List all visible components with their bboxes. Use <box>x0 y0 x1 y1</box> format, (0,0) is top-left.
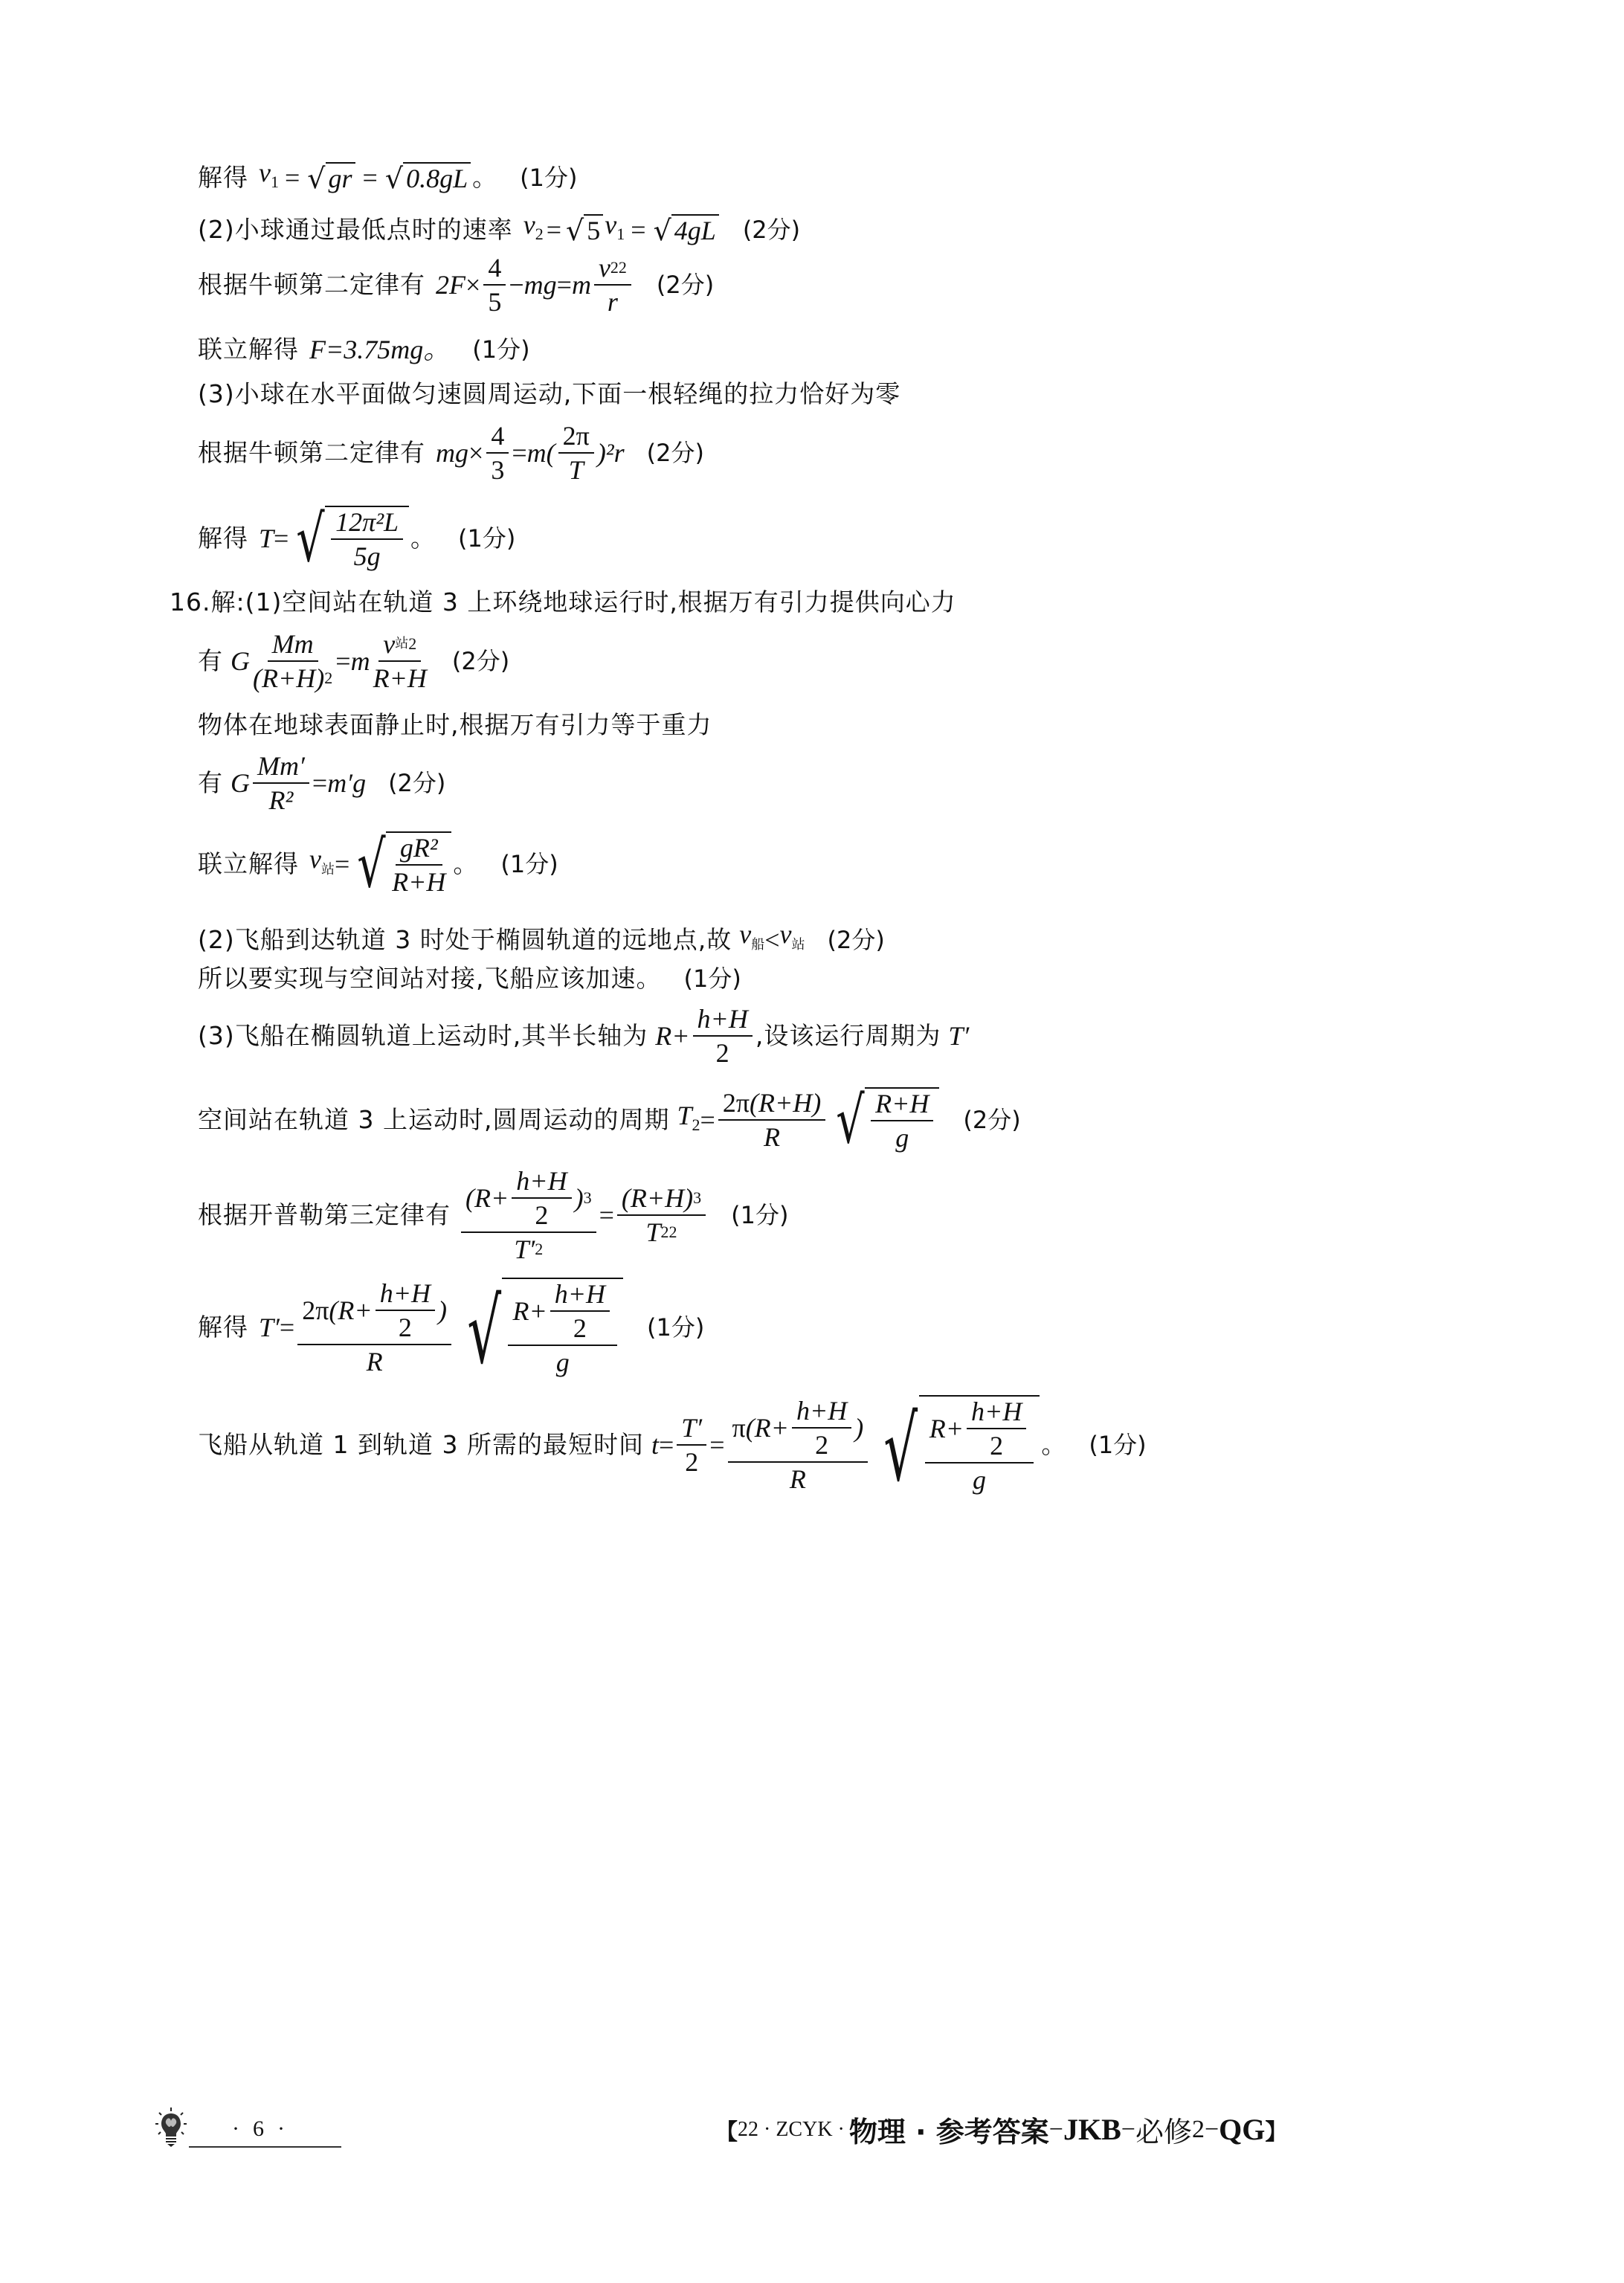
equals: = <box>280 1313 294 1342</box>
kepler-text: 根据开普勒第三定律有 <box>198 1200 451 1230</box>
fraction-2pi-T: 2πT <box>558 421 594 485</box>
math-m-open: m( <box>527 438 555 468</box>
score: (1分) <box>731 1200 788 1230</box>
solution-line-T: 解得 T = √12π²L5g 。 (1分) <box>198 506 515 571</box>
fraction-2pi-Rhalf-R: 2π(R+h+H2) R <box>297 1278 451 1376</box>
fraction-Tprime-2: T′2 <box>677 1413 706 1477</box>
you-text: 有 <box>198 646 223 676</box>
period-text: ,设该运行周期为 <box>755 1021 941 1051</box>
score: (2分) <box>388 768 445 798</box>
fraction-vzhan2-RH: v站2R+H <box>373 629 427 693</box>
math-mg: mg <box>524 270 557 300</box>
times: × <box>468 438 483 468</box>
sqrt-Rhalf-g: √R+h+H2g <box>456 1278 623 1377</box>
equals: = <box>285 163 300 193</box>
fraction-2piRH-R: 2π(R+H)R <box>718 1088 825 1152</box>
math-T: T <box>259 524 274 553</box>
score: (1分) <box>472 335 529 364</box>
accelerate-text: 所以要实现与空间站对接,飞船应该加速。 <box>198 964 662 994</box>
surface-text: 物体在地球表面静止时,根据万有引力等于重力 <box>198 710 712 740</box>
math-v1: v1 <box>605 210 625 249</box>
solution-line-part3-ellipse: (3)飞船在椭圆轨道上运动时,其半长轴为 R+ h+H2 ,设该运行周期为 T′ <box>198 1004 969 1068</box>
fraction-4-5: 45 <box>483 253 506 317</box>
fraction-hH-2: h+H2 <box>693 1004 753 1068</box>
dash: − <box>1049 2116 1063 2144</box>
solution-line-part2: (2)飞船到达轨道 3 时处于椭圆轨道的远地点,故 v船 < v站 (2分) <box>198 919 885 960</box>
lightbulb-brain-icon <box>155 2106 187 2148</box>
equals: = <box>312 768 327 798</box>
solution-line-F: 联立解得 F=3.75mg。 (1分) <box>198 335 530 364</box>
fraction-kepler-right: (R+H)3 T22 <box>617 1183 706 1247</box>
math-G: G <box>231 646 250 676</box>
solution-line-surface: 物体在地球表面静止时,根据万有引力等于重力 <box>198 710 712 740</box>
station-text: 空间站在轨道 3 上运动时,圆周运动的周期 <box>198 1105 669 1135</box>
minus: − <box>509 270 523 300</box>
fraction-4-3: 43 <box>486 421 509 485</box>
solution-line-part3: (3)小球在水平面做匀速圆周运动,下面一根轻绳的拉力恰好为零 <box>198 379 900 409</box>
equals: = <box>700 1105 715 1135</box>
sqrt-08gL: √0.8gL <box>385 162 471 193</box>
math-Tprime: T′ <box>259 1313 280 1342</box>
math-G: G <box>231 768 250 798</box>
part3-text: (3)飞船在椭圆轨道上运动时,其半长轴为 <box>198 1021 648 1051</box>
min-time-text: 飞船从轨道 1 到轨道 3 所需的最短时间 <box>198 1430 644 1460</box>
region-code: QG <box>1219 2112 1265 2147</box>
fraction-Mm-RH2: Mm(R+H)2 <box>253 629 332 693</box>
score: (1分) <box>684 964 741 994</box>
math-t: t <box>651 1430 659 1460</box>
fraction-pi-Rhalf-R: π(R+h+H2) R <box>728 1396 869 1494</box>
solution-line-vzhan: 联立解得 v站 = √gR²R+H 。 (1分) <box>198 831 558 897</box>
math-Tprime: T′ <box>948 1021 969 1051</box>
sqrt-RH-g: √R+Hg <box>830 1087 939 1153</box>
score: (1分) <box>1089 1430 1146 1460</box>
q16-text: 16.解:(1)空间站在轨道 3 上环绕地球运行时,根据万有引力提供向心力 <box>170 587 956 617</box>
equals: = <box>335 849 349 879</box>
course-label: 必修 <box>1135 2109 1192 2150</box>
math-m: m <box>351 646 370 676</box>
score: (1分) <box>647 1313 704 1342</box>
part3-text: (3)小球在水平面做匀速圆周运动,下面一根轻绳的拉力恰好为零 <box>198 379 900 409</box>
solution-line-newton-2: 根据牛顿第二定律有 mg × 43 = m( 2πT )²r (2分) <box>198 421 704 485</box>
times: × <box>465 270 480 300</box>
course-number: 2 <box>1192 2116 1205 2144</box>
lianli-text: 联立解得 <box>198 849 299 879</box>
math-vchuan: v船 <box>739 919 764 960</box>
score: (2分) <box>452 646 509 676</box>
sqrt-5: √5 <box>566 214 603 245</box>
score: (1分) <box>520 163 577 193</box>
score: (1分) <box>500 849 558 879</box>
edition-code: JKB <box>1063 2112 1121 2147</box>
solution-line-accelerate: 所以要实现与空间站对接,飞船应该加速。 (1分) <box>198 964 741 994</box>
equals: = <box>709 1430 724 1460</box>
sqrt-gR2-RH: √gR²R+H <box>351 831 451 897</box>
solution-line-kepler: 根据开普勒第三定律有 (R+h+H2)3 T′2 = (R+H)3 T22 (1… <box>198 1166 789 1264</box>
score: (1分) <box>458 524 515 553</box>
equals: = <box>335 646 350 676</box>
math-v2: v2 <box>523 210 544 249</box>
series-code: 22 · ZCYK · <box>738 2118 845 2142</box>
page-number: ·6· <box>189 2116 341 2148</box>
sqrt-Rhalf-g: √R+h+H2g <box>872 1395 1040 1495</box>
solution-line-min-time: 飞船从轨道 1 到轨道 3 所需的最短时间 t = T′2 = π(R+h+H2… <box>198 1395 1147 1495</box>
math-vzhan: v站 <box>780 919 805 960</box>
sqrt-T-result: √12π²L5g <box>290 506 409 571</box>
subject-label: 物理 · 参考答案 <box>849 2109 1049 2150</box>
newton-text: 根据牛顿第二定律有 <box>198 270 425 300</box>
close-bracket: 】 <box>1265 2113 1287 2146</box>
math-F-result: F=3.75mg。 <box>309 335 450 364</box>
part2-text: (2)小球通过最低点时的速率 <box>198 215 513 245</box>
fraction-v2sq-r: v22r <box>594 253 631 317</box>
score: (2分) <box>647 438 704 468</box>
math-m: m <box>572 270 591 300</box>
solution-line-newton-1: 根据牛顿第二定律有 2F × 45 − mg = m v22r (2分) <box>198 253 714 317</box>
part2-text: (2)飞船到达轨道 3 时处于椭圆轨道的远地点,故 <box>198 925 732 955</box>
equals: = <box>363 163 378 193</box>
equals: = <box>547 215 561 245</box>
fraction-kepler-left: (R+h+H2)3 T′2 <box>461 1166 596 1264</box>
score: (2分) <box>657 270 714 300</box>
dash: − <box>1121 2116 1135 2144</box>
jiede-text: 解得 <box>198 524 248 553</box>
solution-line-v1: 解得 v1 = √gr = √0.8gL 。 (1分) <box>198 158 577 197</box>
footer-document-code: 【 22 · ZCYK · 物理 · 参考答案 − JKB − 必修 2 − Q… <box>715 2109 1287 2150</box>
lianli-text: 联立解得 <box>198 335 299 364</box>
dash: − <box>1205 2116 1219 2144</box>
question-16-heading: 16.解:(1)空间站在轨道 3 上环绕地球运行时,根据万有引力提供向心力 <box>170 587 956 617</box>
equals: = <box>274 524 289 553</box>
math-vzhan: v站 <box>309 844 335 885</box>
solution-line-gravity-2: 有 G Mm′R² = m′g (2分) <box>198 751 445 815</box>
less-than: < <box>764 925 779 955</box>
solution-line-v2: (2)小球通过最低点时的速率 v2 = √5 v1 = √4gL (2分) <box>198 210 800 249</box>
math-close-sq-r: )²r <box>597 438 625 468</box>
open-bracket: 【 <box>715 2113 738 2146</box>
period: 。 <box>410 524 436 553</box>
score: (2分) <box>828 925 885 955</box>
fraction-Mmp-R2: Mm′R² <box>253 751 309 815</box>
math-mg: mg <box>436 438 468 468</box>
score: (2分) <box>743 215 800 245</box>
equals: = <box>599 1200 614 1230</box>
sqrt-gr: √gr <box>307 162 355 193</box>
solution-line-Tprime: 解得 T′ = 2π(R+h+H2) R √R+h+H2g (1分) <box>198 1278 704 1377</box>
math-2F: 2F <box>436 270 465 300</box>
equals: = <box>659 1430 674 1460</box>
newton-text: 根据牛顿第二定律有 <box>198 438 425 468</box>
math-T2: T2 <box>677 1101 700 1140</box>
period: 。 <box>472 163 497 193</box>
equals: = <box>631 215 645 245</box>
solution-line-gravity-1: 有 G Mm(R+H)2 = m v站2R+H (2分) <box>198 629 509 693</box>
label-jiede: 解得 <box>198 163 248 193</box>
jiede-text: 解得 <box>198 1313 248 1342</box>
period: 。 <box>453 849 478 879</box>
period: 。 <box>1041 1430 1066 1460</box>
equals: = <box>557 270 572 300</box>
math-v1: v1 <box>259 158 279 197</box>
you-text: 有 <box>198 768 223 798</box>
solution-line-T2: 空间站在轨道 3 上运动时,圆周运动的周期 T2 = 2π(R+H)R √R+H… <box>198 1087 1021 1153</box>
sqrt-4gL: √4gL <box>654 214 719 245</box>
math-mprime-g: m′g <box>327 768 366 798</box>
equals: = <box>512 438 526 468</box>
score: (2分) <box>963 1105 1020 1135</box>
footer-page-indicator: ·6· <box>155 2106 341 2148</box>
math-R-plus: R+ <box>655 1021 689 1051</box>
